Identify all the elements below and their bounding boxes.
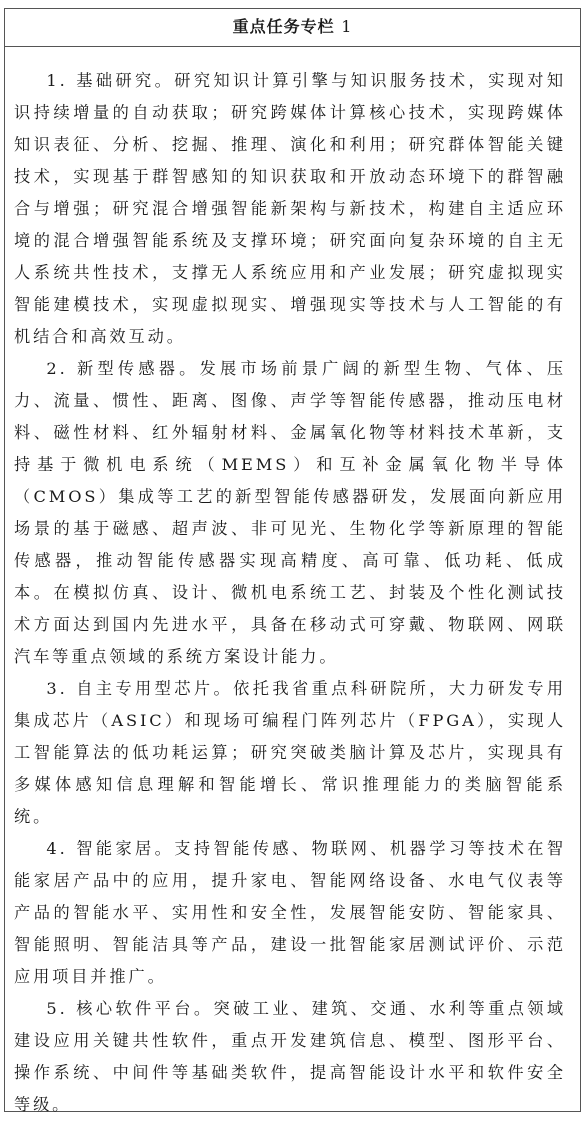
item-number: 5. <box>46 999 67 1018</box>
task-paragraph-1: 1. 基础研究。研究知识计算引擎与知识服务技术，实现对知识持续增量的自动获取；研… <box>14 65 566 353</box>
task-paragraph-5: 5. 核心软件平台。突破工业、建筑、交通、水利等重点领域建设应用关键共性软件，重… <box>14 993 566 1121</box>
item-text: 研究知识计算引擎与知识服务技术，实现对知识持续增量的自动获取；研究跨媒体计算核心… <box>14 71 566 346</box>
box-header: 重点任务专栏 1 <box>5 9 580 47</box>
task-paragraph-4: 4. 智能家居。支持智能传感、物联网、机器学习等技术在智能家居产品中的应用，提升… <box>14 833 566 993</box>
item-heading: 基础研究。 <box>76 71 174 90</box>
item-heading: 自主专用型芯片。 <box>76 679 233 698</box>
item-number: 4. <box>46 839 67 858</box>
task-column-box: 重点任务专栏 1 1. 基础研究。研究知识计算引擎与知识服务技术，实现对知识持续… <box>4 8 581 1112</box>
item-heading: 智能家居。 <box>76 839 174 858</box>
item-number: 1. <box>46 71 67 90</box>
item-heading: 核心软件平台。 <box>76 999 213 1018</box>
item-number: 3. <box>46 679 67 698</box>
box-title: 重点任务专栏 <box>233 17 335 36</box>
item-text: 发展市场前景广阔的新型生物、气体、压力、流量、惯性、距离、图像、声学等智能传感器… <box>14 359 566 666</box>
item-number: 2. <box>46 359 67 378</box>
item-text: 支持智能传感、物联网、机器学习等技术在智能家居产品中的应用，提升家电、智能网络设… <box>14 839 566 986</box>
task-paragraph-2: 2. 新型传感器。发展市场前景广阔的新型生物、气体、压力、流量、惯性、距离、图像… <box>14 353 566 673</box>
box-content: 1. 基础研究。研究知识计算引擎与知识服务技术，实现对知识持续增量的自动获取；研… <box>5 47 580 1121</box>
box-title-number: 1 <box>341 17 352 36</box>
task-paragraph-3: 3. 自主专用型芯片。依托我省重点科研院所，大力研发专用集成芯片（ASIC）和现… <box>14 673 566 833</box>
item-heading: 新型传感器。 <box>77 359 200 378</box>
item-text: 依托我省重点科研院所，大力研发专用集成芯片（ASIC）和现场可编程门阵列芯片（F… <box>14 679 566 826</box>
